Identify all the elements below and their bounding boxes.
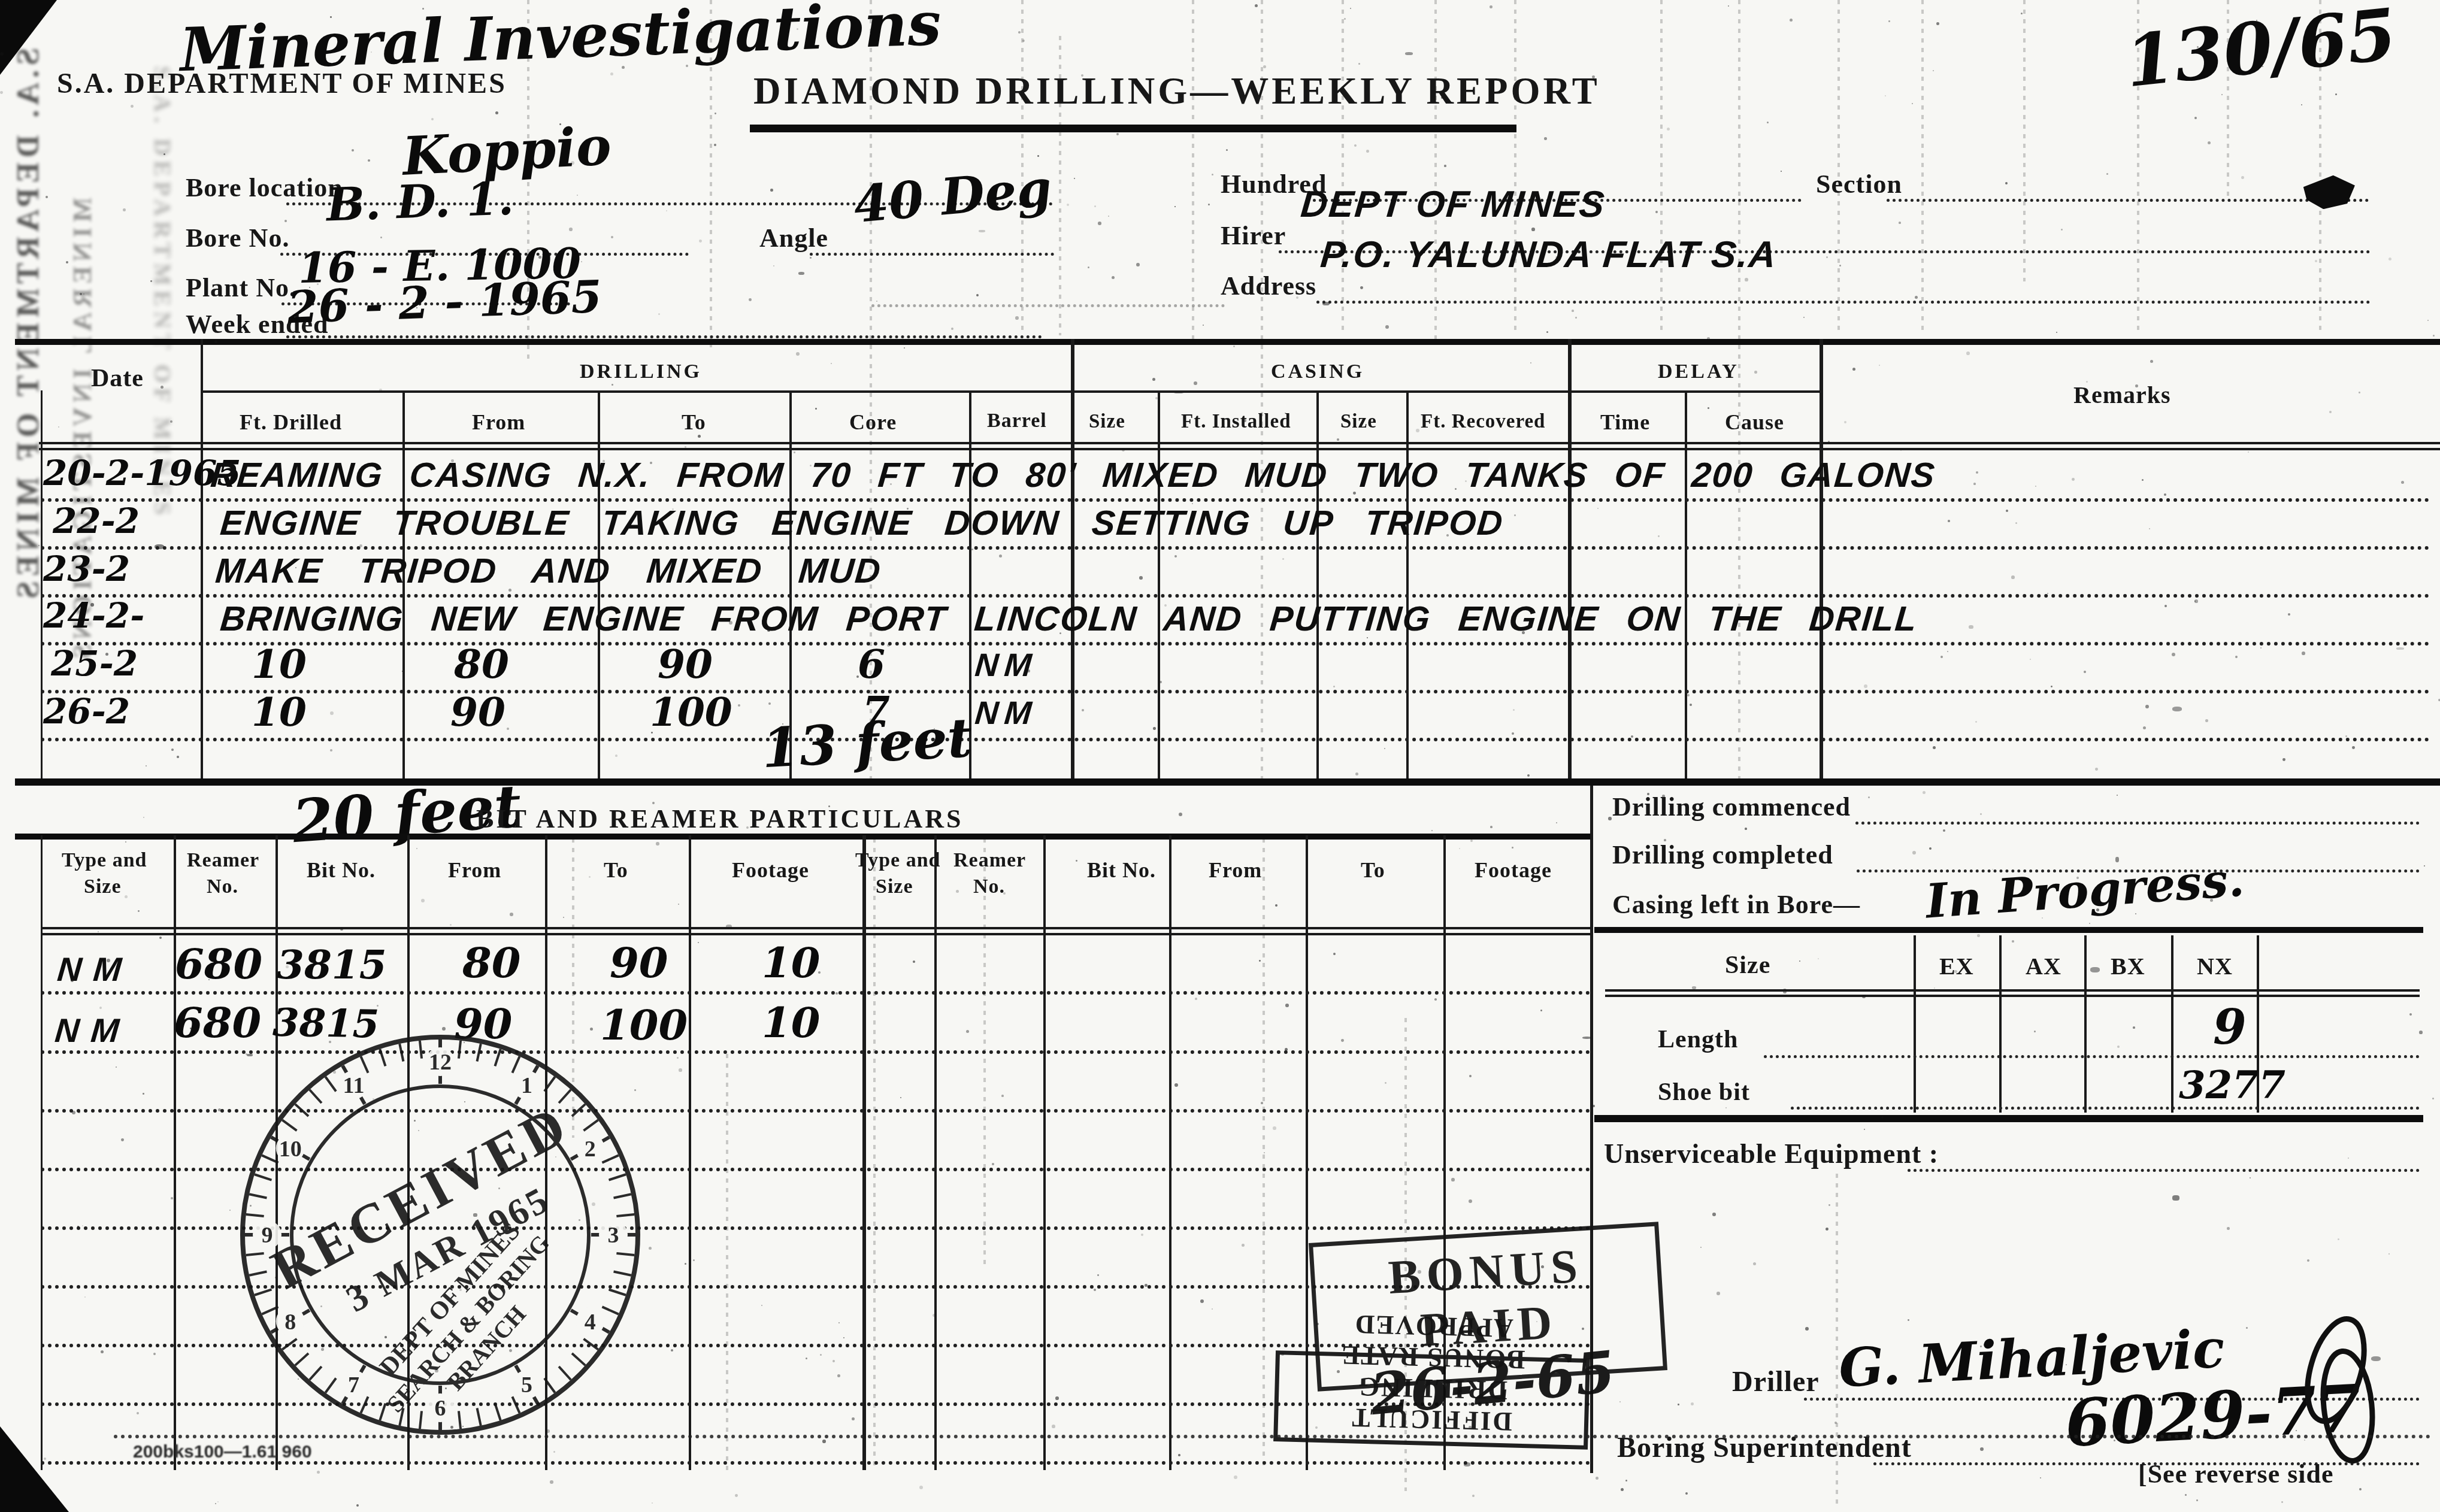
- group-header-drilling: DRILLING: [580, 360, 702, 383]
- ghost-streak: [1660, 0, 1663, 335]
- stamp-dial-number: 3: [608, 1223, 619, 1248]
- stamp-dial-tick: [614, 1272, 631, 1275]
- scan-smudge: [1173, 390, 1184, 393]
- scan-speckle: [2095, 768, 2098, 771]
- bit-footage: 10: [762, 938, 820, 987]
- group-underline: [202, 390, 1821, 393]
- scan-speckle: [876, 301, 877, 302]
- stamp-dial-tick: [559, 1090, 571, 1103]
- table-line: [201, 339, 203, 778]
- ghost-streak: [1514, 0, 1516, 335]
- stamp-dial-tick: [255, 1174, 272, 1180]
- drilling-completed-label: Drilling completed: [1612, 840, 1833, 870]
- scan-speckle: [2040, 1477, 2041, 1478]
- scan-speckle: [1360, 286, 1363, 289]
- scan-speckle: [1074, 178, 1075, 179]
- scan-speckle: [1350, 8, 1351, 9]
- bit-col-header: From: [448, 857, 501, 883]
- stamp-dial-tick: [262, 1155, 278, 1162]
- scan-smudge: [2090, 967, 2100, 972]
- scan-speckle: [546, 1429, 550, 1433]
- difficult-drilling-line1: DIFFICULT DRILLING: [1278, 1369, 1586, 1439]
- corner-fold-bottom-left: [0, 1426, 69, 1512]
- scan-speckle: [1593, 1105, 1595, 1107]
- scan-speckle: [1261, 1102, 1263, 1104]
- scan-speckle: [571, 161, 574, 165]
- section-line: [1887, 199, 2369, 202]
- scan-speckle: [0, 91, 3, 94]
- scan-smudge: [2172, 1195, 2179, 1201]
- scan-speckle: [1212, 1308, 1213, 1310]
- scan-smudge: [1692, 986, 1696, 989]
- scan-speckle: [900, 1097, 901, 1098]
- scan-speckle: [2282, 758, 2285, 761]
- table-line: [1568, 339, 1572, 778]
- scan-speckle: [822, 1440, 826, 1443]
- scan-speckle: [1908, 1319, 1909, 1321]
- stamp-dial-number: 7: [348, 1372, 359, 1398]
- scan-speckle: [58, 426, 59, 428]
- scan-speckle: [671, 1349, 673, 1352]
- scan-speckle: [735, 1494, 738, 1497]
- size-bx: BX: [2111, 952, 2145, 980]
- table-line: [1685, 390, 1687, 778]
- scan-speckle: [368, 159, 370, 162]
- size-table-line: [1999, 935, 2002, 1113]
- scan-speckle: [1333, 953, 1336, 955]
- ghost-streak: [1192, 0, 1194, 341]
- angle-value: 40 Deg: [851, 158, 1054, 234]
- scan-speckle: [715, 113, 716, 114]
- scan-speckle: [1508, 1365, 1510, 1366]
- scan-speckle: [2335, 93, 2337, 95]
- scan-speckle: [1805, 1327, 1809, 1331]
- cell-ft-drilled: 10: [252, 689, 307, 735]
- bit-col-header: No.: [973, 875, 1005, 898]
- stamp-dial-tick: [559, 1366, 571, 1380]
- table-line: [1071, 339, 1074, 778]
- scan-speckle: [693, 1259, 695, 1261]
- scan-speckle: [852, 1417, 855, 1420]
- scan-speckle: [46, 196, 48, 198]
- scan-speckle: [2235, 656, 2238, 658]
- scan-speckle: [190, 1028, 192, 1029]
- scan-speckle: [559, 123, 561, 125]
- scan-speckle: [1097, 1274, 1099, 1276]
- scan-speckle: [2338, 1238, 2339, 1240]
- scan-smudge: [2172, 707, 2182, 711]
- scan-speckle: [1094, 205, 1096, 207]
- table-line: [1316, 390, 1319, 778]
- scan-speckle: [1451, 1178, 1455, 1181]
- scan-speckle: [2246, 1327, 2248, 1329]
- col-header: Size: [1340, 411, 1377, 433]
- bit-line: [689, 835, 691, 1470]
- scan-speckle: [984, 513, 986, 516]
- address-line: [1316, 301, 2371, 304]
- scan-speckle: [215, 1503, 216, 1504]
- scan-speckle: [143, 817, 144, 818]
- scan-speckle: [1575, 317, 1577, 319]
- scan-speckle: [1367, 637, 1368, 638]
- scan-speckle: [2117, 1046, 2120, 1048]
- bit-double-rule: [41, 927, 1591, 929]
- scan-speckle: [2143, 726, 2146, 729]
- bit-col-header: Type and: [855, 849, 940, 872]
- row-line: [41, 738, 2430, 741]
- summary-rule: [1594, 927, 2423, 933]
- scan-speckle: [729, 621, 732, 625]
- casing-left-value: In Progress.: [1924, 853, 2245, 929]
- print-code: 200bks100—1.61 960: [133, 1442, 312, 1462]
- drilling-commenced-line: [1855, 822, 2420, 825]
- scan-speckle: [1767, 122, 1769, 123]
- scan-speckle: [1864, 684, 1867, 688]
- scan-speckle: [1546, 331, 1548, 333]
- scan-speckle: [1651, 1150, 1653, 1153]
- scan-speckle: [1333, 686, 1335, 687]
- bit-col-header: To: [1361, 857, 1385, 883]
- scan-speckle: [2098, 1414, 2100, 1416]
- scan-speckle: [359, 544, 362, 547]
- scan-speckle: [2079, 1341, 2082, 1345]
- week-ended-value: 26 - 2 - 1965: [287, 271, 603, 334]
- scan-speckle: [820, 1354, 822, 1356]
- scan-speckle: [917, 129, 919, 131]
- scan-speckle: [1208, 204, 1210, 205]
- scan-speckle: [1285, 1004, 1289, 1007]
- scan-speckle: [1174, 1083, 1178, 1087]
- scan-speckle: [1531, 228, 1535, 231]
- scan-speckle: [464, 1101, 465, 1102]
- scan-speckle: [380, 237, 382, 238]
- scan-speckle: [992, 1163, 994, 1165]
- scan-speckle: [1512, 732, 1514, 735]
- scan-speckle: [1852, 368, 1855, 371]
- row-line: [41, 498, 2430, 502]
- scan-speckle: [2302, 652, 2305, 655]
- bit-col-header: Size: [876, 875, 913, 898]
- title-underline: [750, 125, 1516, 132]
- scan-speckle: [177, 756, 179, 758]
- bit-double-rule: [41, 933, 1591, 935]
- hirer-value: DEPT OF MINES: [1299, 183, 1607, 226]
- scan-speckle: [1980, 1447, 1984, 1451]
- scan-speckle: [652, 802, 655, 804]
- scan-speckle: [611, 236, 613, 238]
- scan-speckle: [2424, 865, 2425, 866]
- scan-speckle: [1948, 520, 1950, 522]
- margin-ghost-text: S.A. DEPARTMENT OF MINES: [149, 66, 177, 520]
- scan-speckle: [1530, 477, 1533, 481]
- col-header-date: Date: [91, 364, 144, 393]
- size-double-rule: [1605, 995, 2420, 997]
- scan-speckle: [125, 841, 126, 843]
- scan-speckle: [698, 435, 701, 438]
- stamp-dial-tick: [614, 1194, 631, 1198]
- scan-speckle: [1664, 839, 1666, 841]
- scan-speckle: [2301, 104, 2302, 105]
- stamp-dial-number: 2: [585, 1137, 596, 1162]
- ghost-streak: [1342, 0, 1344, 335]
- scan-speckle: [217, 1501, 219, 1502]
- scan-speckle: [904, 347, 905, 349]
- scan-speckle: [101, 1350, 104, 1353]
- scan-speckle: [634, 1089, 636, 1091]
- scan-speckle: [1745, 828, 1747, 830]
- scan-speckle: [2433, 335, 2435, 337]
- scan-speckle: [1975, 721, 1977, 723]
- scan-speckle: [435, 1369, 438, 1372]
- stamp-dial-tick: [246, 1253, 264, 1255]
- scan-speckle: [1790, 19, 1793, 22]
- scan-speckle: [2307, 1259, 2309, 1262]
- col-header: Ft. Recovered: [1421, 411, 1545, 433]
- scan-speckle: [1255, 4, 1258, 7]
- scan-speckle: [907, 508, 909, 510]
- scan-speckle: [450, 924, 452, 926]
- scan-speckle: [352, 149, 354, 151]
- scan-speckle: [1899, 222, 1901, 224]
- bit-line: [174, 835, 176, 1470]
- size-header: Size: [1725, 951, 1770, 980]
- header-double-rule: [39, 442, 2440, 444]
- bit-reamer-title: BIT AND REAMER PARTICULARS: [476, 804, 963, 834]
- scan-speckle: [966, 1030, 969, 1033]
- scan-speckle: [1098, 222, 1101, 225]
- scan-speckle: [2072, 478, 2075, 481]
- cell-barrel: NM: [973, 695, 1039, 732]
- bit-col-header: To: [604, 857, 628, 883]
- scan-speckle: [377, 73, 378, 74]
- scan-speckle: [2084, 671, 2086, 673]
- bit-col-header: No.: [207, 875, 238, 898]
- length-label: Length: [1658, 1025, 1738, 1054]
- scan-speckle: [579, 1219, 580, 1221]
- scan-speckle: [333, 1071, 336, 1074]
- scan-speckle: [2315, 260, 2317, 262]
- scan-speckle: [1203, 325, 1204, 326]
- scan-speckle: [1943, 829, 1945, 832]
- scan-speckle: [330, 749, 332, 752]
- cell-to: 100: [650, 689, 732, 735]
- scan-speckle: [2123, 1346, 2125, 1347]
- row-date: 23-2: [43, 549, 130, 589]
- scan-speckle: [2401, 481, 2404, 484]
- file-number-handwritten: 130/65: [2121, 0, 2400, 103]
- scan-speckle: [1385, 325, 1389, 329]
- scan-speckle: [317, 1471, 320, 1474]
- scan-speckle: [1803, 317, 1805, 318]
- scan-smudge: [2115, 857, 2119, 862]
- scan-speckle: [538, 256, 541, 259]
- scan-speckle: [577, 195, 578, 196]
- scan-speckle: [1385, 1082, 1386, 1084]
- scan-speckle: [2164, 605, 2167, 607]
- scan-speckle: [2221, 94, 2223, 95]
- scan-speckle: [451, 459, 454, 462]
- scan-speckle: [402, 671, 403, 672]
- scan-speckle: [1513, 709, 1515, 711]
- scan-speckle: [379, 389, 382, 392]
- scan-smudge: [798, 272, 804, 275]
- scan-speckle: [2345, 735, 2347, 737]
- row-date: 22-2: [53, 501, 140, 541]
- bit-col-header: Size: [84, 875, 122, 898]
- size-table-line: [1914, 935, 1916, 1113]
- scan-speckle: [1082, 709, 1084, 711]
- scan-speckle: [2296, 1430, 2297, 1431]
- scan-speckle: [1707, 337, 1710, 340]
- stamp-dial-number: 4: [585, 1310, 596, 1335]
- scan-smudge: [1464, 1462, 1470, 1466]
- scan-speckle: [2006, 510, 2008, 512]
- scan-speckle: [589, 876, 591, 878]
- scan-speckle: [1444, 165, 1446, 167]
- stamp-dial-tick: [459, 1041, 461, 1059]
- scan-speckle: [656, 842, 659, 846]
- scan-speckle: [1022, 40, 1025, 42]
- scan-speckle: [1459, 848, 1460, 849]
- scan-speckle: [171, 1197, 173, 1199]
- scan-speckle: [749, 298, 752, 301]
- scan-speckle: [2106, 173, 2108, 175]
- scan-speckle: [373, 1098, 374, 1100]
- week-ended-line: [286, 335, 1042, 338]
- scan-speckle: [1929, 847, 1932, 850]
- scan-speckle: [2015, 522, 2017, 524]
- scan-speckle: [738, 704, 740, 707]
- stamp-dial-tick: [325, 1077, 336, 1091]
- scan-speckle: [1233, 346, 1235, 347]
- scan-speckle: [507, 728, 509, 730]
- scan-speckle: [107, 959, 110, 962]
- stamp-dial-tick: [399, 1044, 403, 1061]
- scan-speckle: [1864, 1129, 1865, 1130]
- scan-speckle: [1544, 137, 1547, 140]
- scan-speckle: [460, 659, 462, 661]
- scan-speckle: [553, 1451, 555, 1453]
- scan-speckle: [1366, 150, 1369, 153]
- scan-speckle: [1512, 847, 1513, 849]
- stamp-dial-tick: [262, 1307, 278, 1314]
- scan-speckle: [1194, 381, 1197, 385]
- scan-speckle: [1712, 1213, 1716, 1216]
- scan-speckle: [84, 1296, 86, 1298]
- stamp-dial-tick: [361, 1056, 368, 1072]
- bit-col-header: From: [1209, 857, 1262, 883]
- driller-label: Driller: [1732, 1365, 1820, 1398]
- bit-line: [41, 835, 43, 1470]
- scan-speckle: [1737, 1150, 1739, 1152]
- scan-speckle: [1472, 1495, 1475, 1497]
- scan-speckle: [1040, 613, 1043, 615]
- scan-speckle: [976, 294, 979, 296]
- scan-speckle: [887, 644, 890, 647]
- col-header: Barrel: [987, 410, 1047, 432]
- stamp-dial-tick: [295, 1104, 308, 1116]
- scan-speckle: [934, 728, 935, 729]
- casing-left-label: Casing left in Bore—: [1612, 889, 1860, 920]
- stamp-dial-tick: [512, 1056, 519, 1072]
- row-line: [41, 690, 2430, 693]
- bit-col-header: Footage: [732, 857, 809, 883]
- scan-speckle: [1839, 265, 1841, 266]
- scan-speckle: [1139, 576, 1143, 580]
- stamp-dial-number: 10: [279, 1137, 302, 1162]
- scan-speckle: [450, 1426, 453, 1429]
- scan-smudge: [1322, 302, 1330, 305]
- stamp-dial-tick: [495, 1049, 500, 1066]
- scan-speckle: [1027, 669, 1030, 672]
- scan-speckle: [340, 928, 343, 931]
- scan-speckle: [125, 895, 128, 898]
- table-line: [41, 390, 43, 778]
- scan-speckle: [510, 913, 513, 916]
- scan-speckle: [1416, 429, 1419, 432]
- scan-speckle: [1120, 524, 1123, 527]
- stamp-dial-tick: [380, 1404, 385, 1421]
- row-entry: REAMING CASING N.X. FROM 70 FT TO 80' MI…: [209, 455, 1938, 495]
- scan-smudge: [532, 286, 537, 290]
- scan-speckle: [1234, 1475, 1237, 1479]
- scan-smudge: [155, 544, 164, 549]
- size-table-line: [2171, 935, 2173, 1113]
- scan-speckle: [2262, 66, 2263, 67]
- scan-speckle: [1178, 1454, 1180, 1456]
- scan-speckle: [143, 1093, 144, 1095]
- scan-speckle: [1001, 1095, 1004, 1097]
- bit-col-header: Reamer: [953, 849, 1026, 872]
- scan-speckle: [1179, 813, 1182, 816]
- scan-speckle: [275, 1277, 277, 1278]
- scan-speckle: [1384, 748, 1385, 749]
- scan-speckle: [1112, 276, 1115, 279]
- ghost-streak: [726, 1054, 728, 1473]
- row-entry: BRINGING NEW ENGINE FROM PORT LINCOLN AN…: [219, 599, 1920, 639]
- scan-speckle: [1754, 371, 1757, 374]
- row-date: 25-2: [51, 643, 138, 684]
- scan-speckle: [649, 1247, 652, 1250]
- scan-speckle: [2056, 332, 2057, 333]
- scan-speckle: [150, 280, 152, 282]
- length-line: [1764, 1055, 2420, 1058]
- scan-speckle: [1540, 1010, 1542, 1011]
- scan-speckle: [1174, 206, 1176, 207]
- scan-speckle: [1941, 656, 1943, 658]
- bit-line: [934, 835, 937, 1470]
- col-header-remarks: Remarks: [2073, 381, 2171, 409]
- scan-smudge: [247, 1054, 253, 1056]
- scan-speckle: [770, 189, 773, 192]
- scan-speckle: [1596, 1477, 1599, 1480]
- scan-speckle: [651, 732, 653, 734]
- scan-speckle: [121, 1138, 124, 1141]
- scan-speckle: [581, 261, 582, 262]
- scan-speckle: [2164, 493, 2166, 496]
- scan-speckle: [2314, 66, 2315, 67]
- scan-speckle: [838, 1322, 840, 1323]
- scan-speckle: [116, 1066, 117, 1068]
- cell-from: 80: [454, 641, 509, 687]
- scan-speckle: [699, 240, 702, 243]
- table-top-rule: [15, 339, 2440, 345]
- core-total-handwritten: 13 feet: [760, 706, 973, 780]
- scan-speckle: [1530, 362, 1531, 363]
- scan-speckle: [1781, 171, 1782, 172]
- scan-speckle: [714, 144, 716, 146]
- col-header: Cause: [1725, 410, 1784, 435]
